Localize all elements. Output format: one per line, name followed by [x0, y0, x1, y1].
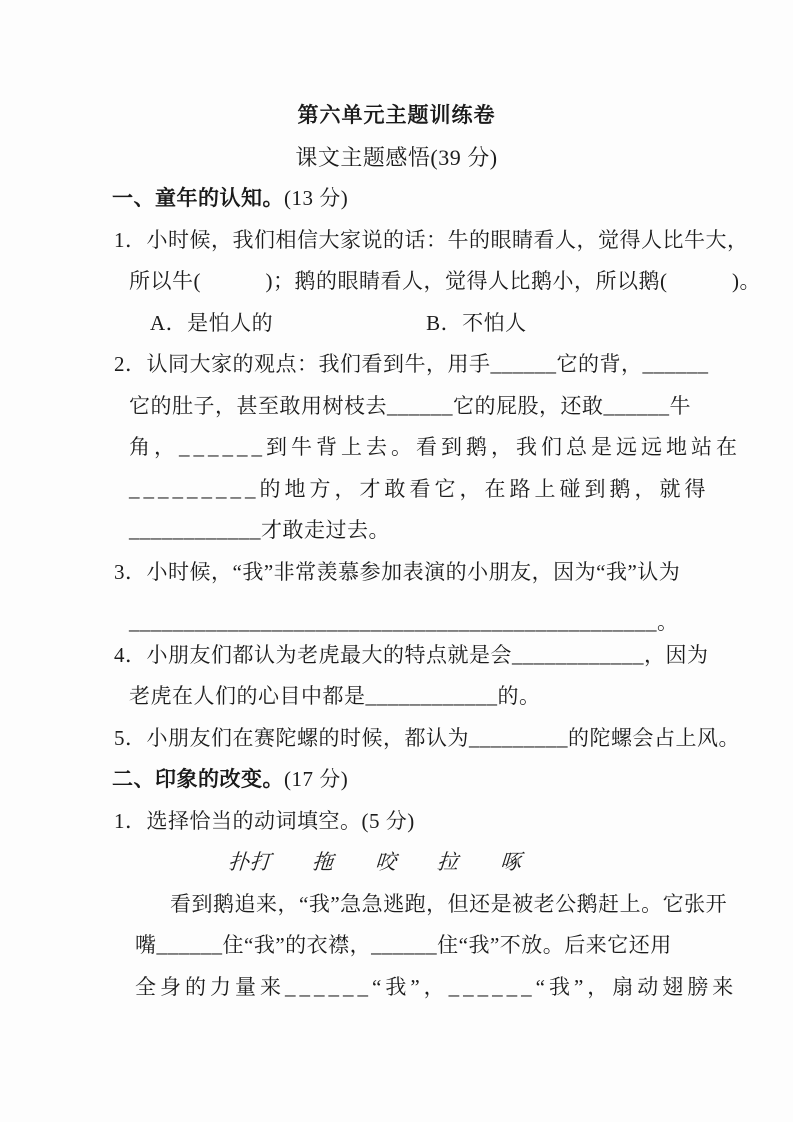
question-1-options: A．是怕人的B．不怕人	[0, 303, 793, 345]
section-2-heading: 二、印象的改变。(17 分)	[0, 759, 793, 801]
worksheet-page: 第六单元主题训练卷 课文主题感悟(39 分) 一、童年的认知。(13 分) 1．…	[0, 0, 793, 1122]
passage-line-2: 嘴______住“我”的衣襟，______住“我”不放。后来它还用	[0, 925, 793, 967]
passage-line-1: 看到鹅追来，“我”急急逃跑，但还是被老公鹅赶上。它张开	[0, 884, 793, 926]
word-bank-item-3: 咬	[373, 842, 397, 884]
section-2-question-1-text: 1．选择恰当的动词填空。	[114, 809, 362, 833]
section-2-question-1-score: (5 分)	[362, 809, 415, 833]
word-bank-item-5: 啄	[498, 842, 522, 884]
question-2-line-1: 2．认同大家的观点：我们看到牛，用手______它的背，______	[0, 344, 793, 386]
question-3-line-1: 3．小时候，“我”非常羡慕参加表演的小朋友，因为“我”认为	[0, 552, 793, 594]
word-bank-item-4: 拉	[436, 842, 460, 884]
question-3-blank-line: ________________________________________…	[0, 602, 793, 644]
page-title: 第六单元主题训练卷	[0, 95, 793, 137]
question-4-line-2: 老虎在人们的心目中都是____________的。	[0, 676, 793, 718]
word-bank: 扑打拖咬拉啄	[0, 842, 793, 884]
question-1-line-1: 1．小时候，我们相信大家说的话：牛的眼睛看人，觉得人比牛大，	[0, 220, 793, 262]
option-b: B．不怕人	[426, 311, 527, 335]
question-2-line-5: ____________才敢走过去。	[0, 510, 793, 552]
question-2-line-2: 它的肚子，甚至敢用树枝去______它的屁股，还敢______牛	[0, 386, 793, 428]
section-2-question-1: 1．选择恰当的动词填空。(5 分)	[0, 801, 793, 843]
word-bank-item-2: 拖	[311, 842, 335, 884]
question-1-line-2: 所以牛( )；鹅的眼睛看人，觉得人比鹅小，所以鹅( )。	[0, 261, 793, 303]
question-2-line-4: _________的地方，才敢看它，在路上碰到鹅，就得	[0, 469, 793, 511]
section-1-heading-text: 一、童年的认知。	[112, 186, 284, 210]
option-a: A．是怕人的	[150, 311, 273, 335]
section-1-heading: 一、童年的认知。(13 分)	[0, 178, 793, 220]
section-2-heading-text: 二、印象的改变。	[112, 767, 284, 791]
worksheet-content: 第六单元主题训练卷 课文主题感悟(39 分) 一、童年的认知。(13 分) 1．…	[0, 95, 793, 1008]
question-2-line-3: 角，______到牛背上去。看到鹅，我们总是远远地站在	[0, 427, 793, 469]
subtitle: 课文主题感悟(39 分)	[0, 137, 793, 179]
word-bank-item-1: 扑打	[227, 842, 273, 884]
section-2-score: (17 分)	[284, 767, 348, 791]
question-5-line-1: 5．小朋友们在赛陀螺的时候，都认为_________的陀螺会占上风。	[0, 718, 793, 760]
section-1-score: (13 分)	[284, 186, 348, 210]
passage-line-3: 全身的力量来______“我”，______“我”，扇动翅膀来	[0, 967, 793, 1009]
